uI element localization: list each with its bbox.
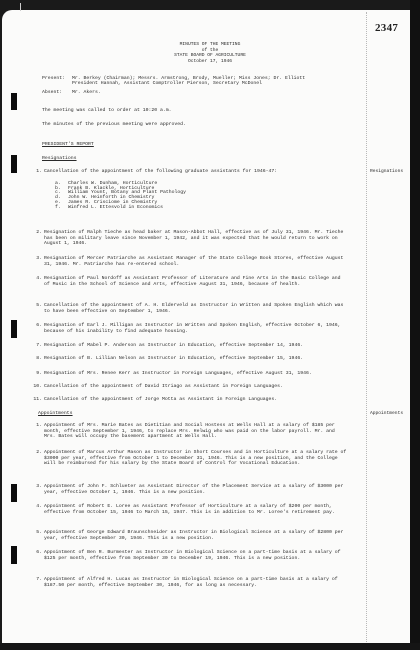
item-text: Resignation of B. Lillian Nelson as Inst… — [44, 356, 349, 362]
item-text: Cancellation of the appointment of Jorge… — [44, 397, 349, 403]
item-number: 9. — [28, 371, 42, 377]
item-text: Appointment of George Edward Braunschnei… — [44, 530, 349, 541]
item-number: 2. — [28, 230, 42, 236]
item-number: 5. — [28, 303, 42, 309]
graduate-assistant-list: a.Charles W. Dunham, Horticulture b.Fran… — [55, 182, 186, 210]
scan-mark — [20, 3, 21, 11]
section-heading: PRESIDENT'S REPORT — [42, 142, 94, 148]
item-number: 7. — [28, 343, 42, 349]
document-title: MINUTES OF THE MEETING of the STATE BOAR… — [110, 42, 310, 64]
item-text: Appointment of John F. Schlueter as Assi… — [44, 484, 349, 495]
item-number: 1. — [28, 423, 42, 429]
item-text: Cancellation of the appointment of David… — [44, 384, 349, 390]
item-text: Resignation of Mrs. Renee Kerr as Instru… — [44, 371, 349, 377]
page-number: 2347 — [375, 22, 398, 34]
item-text: Cancellation of the appointment of A. H.… — [44, 303, 349, 314]
present-label: Present: — [42, 76, 65, 82]
item-text: Resignation of Earl J. Milligan as Instr… — [44, 323, 349, 334]
item-number: 5. — [28, 530, 42, 536]
item-text: Appointment of Robert E. Loree as Assist… — [44, 504, 349, 515]
item-number: 11. — [28, 397, 42, 403]
item-number: 6. — [28, 323, 42, 329]
margin-note-resignations: Resignations — [370, 169, 403, 174]
index-tab-marker — [11, 546, 17, 564]
index-tab-marker — [11, 320, 17, 338]
item-number: 4. — [28, 504, 42, 510]
index-tab-marker — [11, 155, 17, 173]
item-number: 7. — [28, 577, 42, 583]
item-number: 3. — [28, 484, 42, 490]
item-number: 2. — [28, 450, 42, 456]
item-text: Appointment of Ben R. Burmester as Instr… — [44, 550, 349, 561]
absent-value: Mr. Akers. — [72, 90, 101, 96]
item-text: Resignation of Ralph Tieche as head bake… — [44, 230, 349, 247]
absent-label: Absent: — [42, 90, 62, 96]
margin-note-appointments: Appointments — [370, 411, 403, 416]
minutes-approved: The minutes of the previous meeting were… — [42, 122, 186, 128]
item-number: 6. — [28, 550, 42, 556]
item-number: 8. — [28, 356, 42, 362]
list-item: f.Winfred L. Ettesvold in Economics — [55, 206, 186, 211]
item-text: Cancellation of the appointment of the f… — [44, 169, 349, 175]
item-text: Appointment of Marcus Arthur Mason as In… — [44, 450, 349, 467]
call-to-order: The meeting was called to order at 10:20… — [42, 108, 172, 114]
scan-border-right — [410, 0, 420, 650]
appointments-heading: Appointments — [38, 411, 73, 417]
item-number: 3. — [28, 256, 42, 262]
present-line: President Hannah, Assistant Comptroller … — [72, 81, 262, 87]
item-text: Appointment of Alfred H. Lucas as Instru… — [44, 577, 349, 588]
resignations-heading: Resignations — [42, 156, 77, 162]
item-number: 1. — [28, 169, 42, 175]
index-tab-marker — [11, 93, 17, 110]
title-line: October 17, 1946 — [110, 59, 310, 65]
margin-rule — [366, 12, 367, 642]
item-number: 4. — [28, 276, 42, 282]
item-text: Resignation of Mercer Patriarche as Assi… — [44, 256, 349, 267]
scan-border-bottom — [0, 643, 420, 650]
item-text: Appointment of Mrs. Marie Bates as Dieti… — [44, 423, 349, 440]
index-tab-marker — [11, 484, 17, 502]
item-text: Resignation of Mabel P. Anderson as Inst… — [44, 343, 349, 349]
item-text: Resignation of Paul Nordoff as Assistant… — [44, 276, 349, 287]
item-number: 10. — [28, 384, 42, 390]
